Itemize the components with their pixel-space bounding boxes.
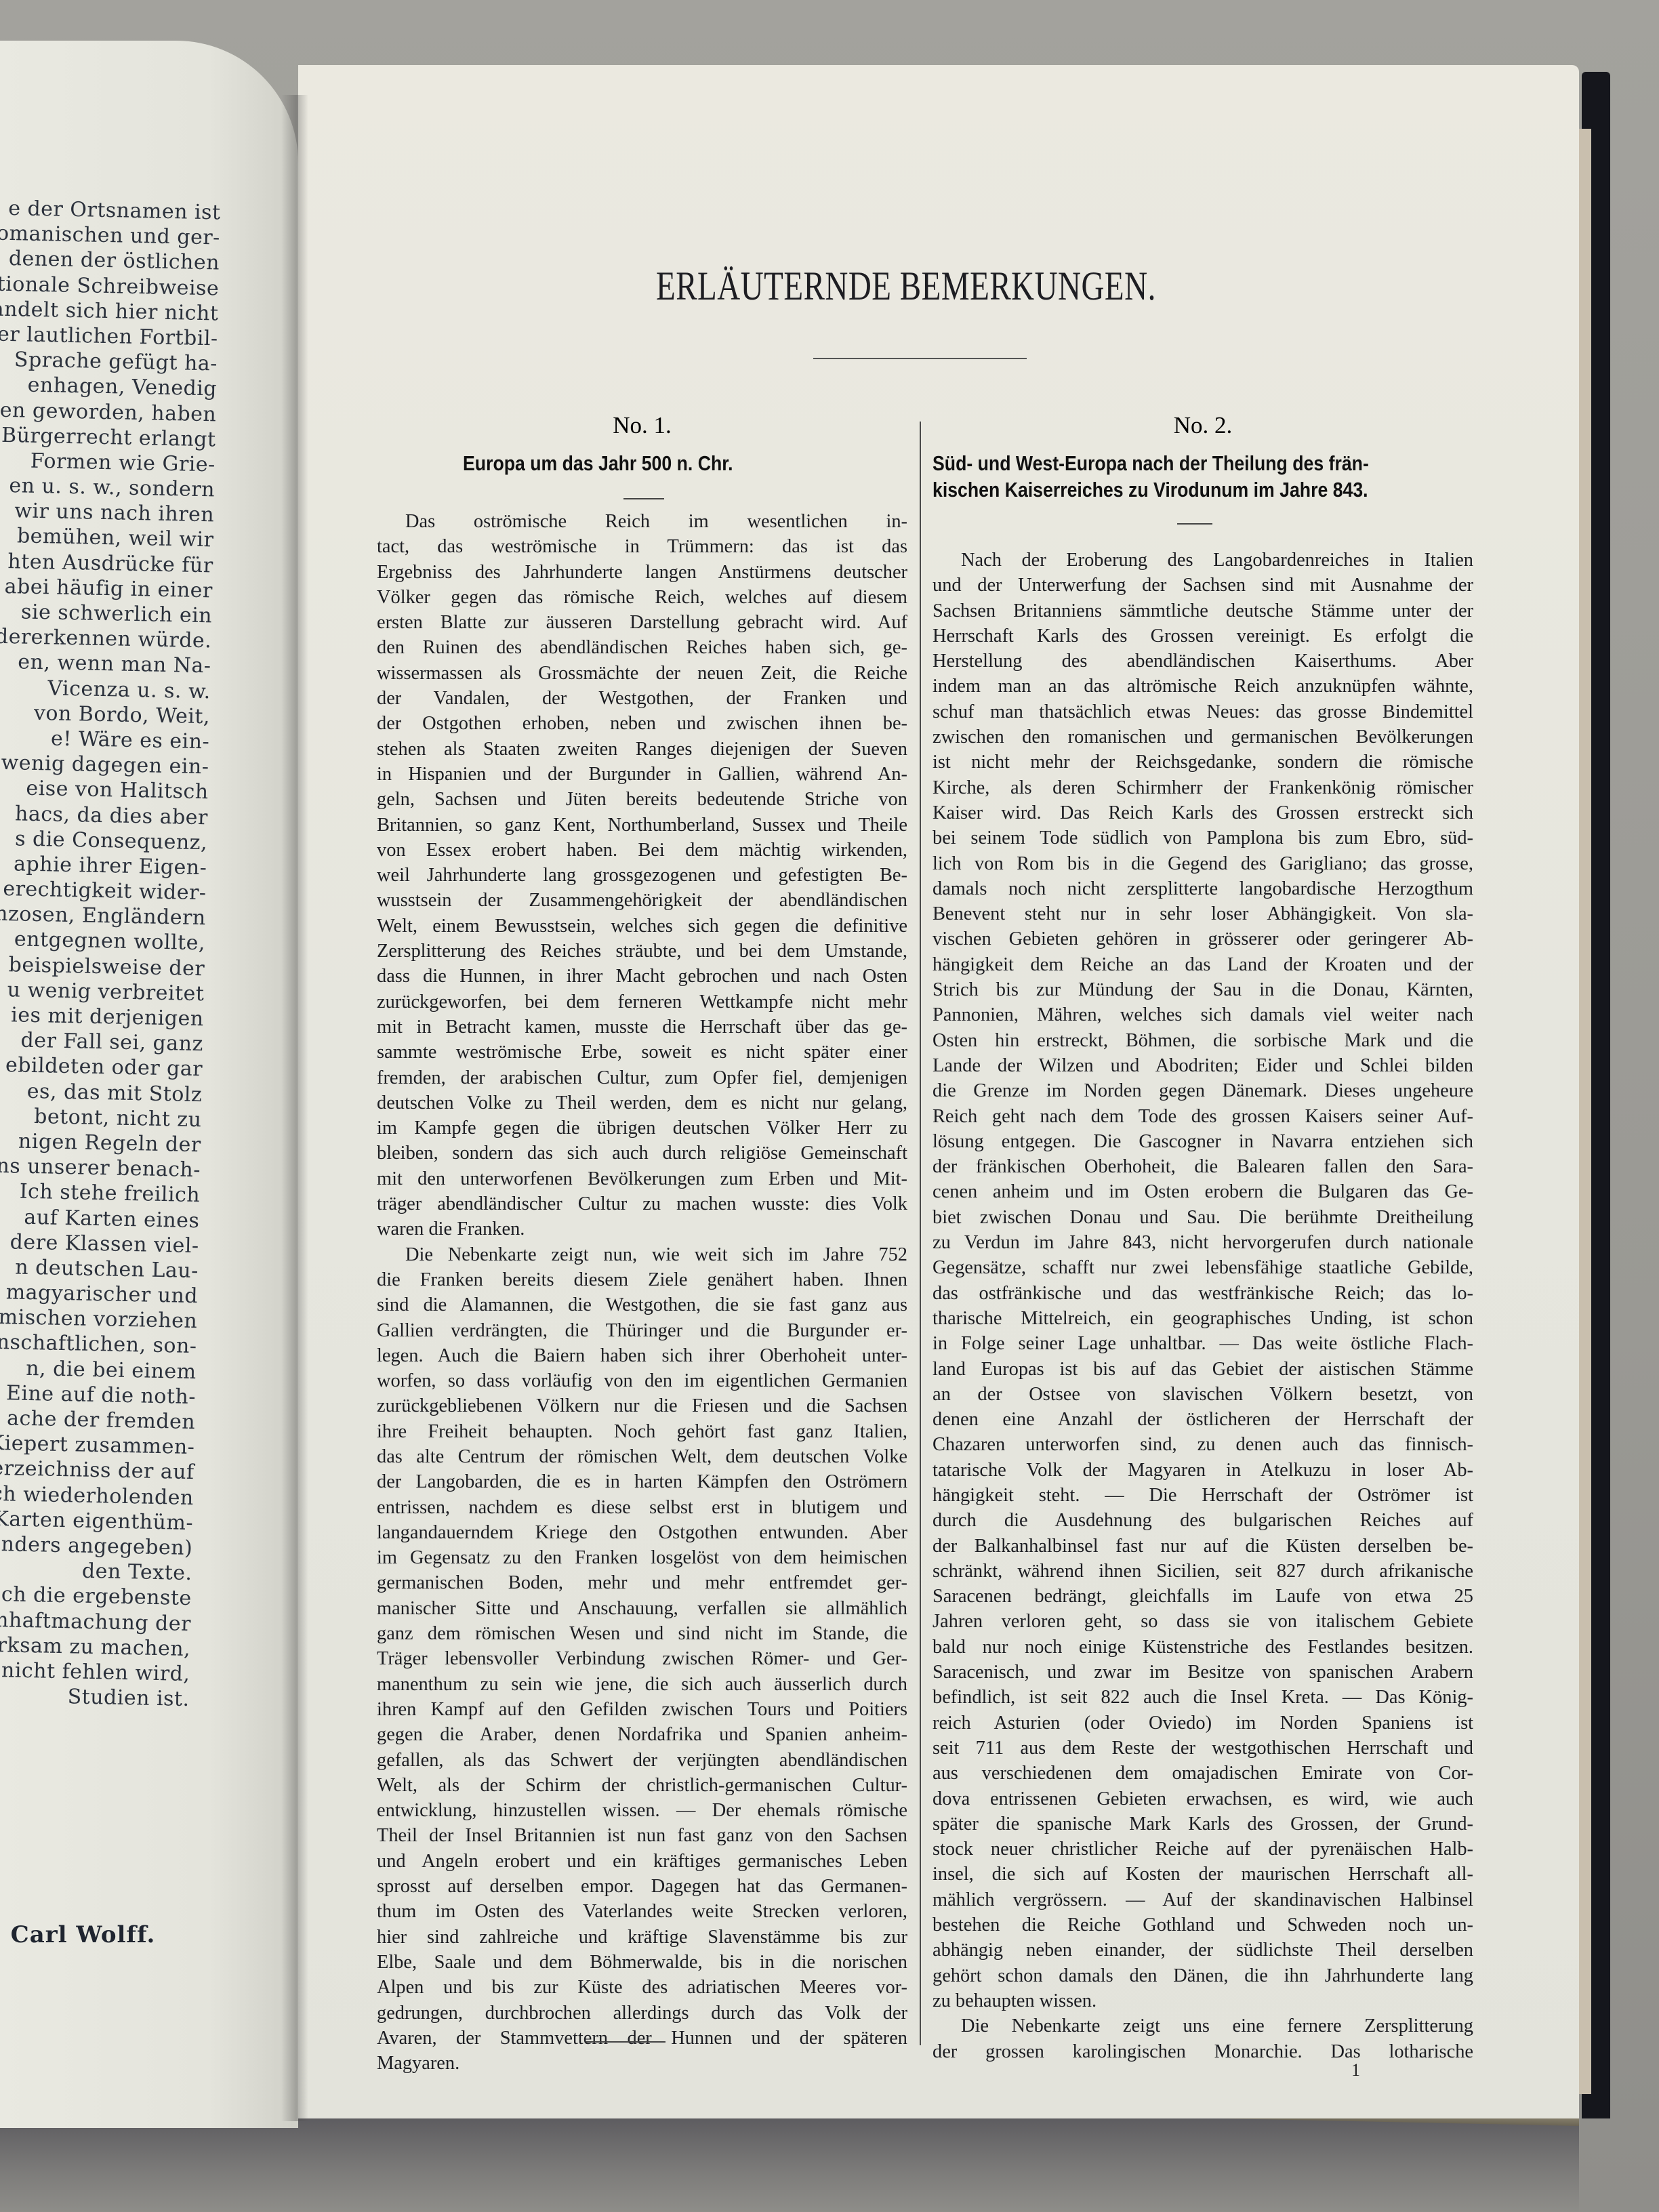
- text-line: Das oströmische Reich im wesentlichen in…: [377, 509, 907, 534]
- text-line: in Hispanien und der Burgunder in Gallie…: [377, 762, 907, 787]
- text-line: ihren Kampf auf den Gefilden zwischen To…: [377, 1697, 907, 1722]
- text-line: Saracenisch, und zwar im Besitze von spa…: [933, 1660, 1473, 1685]
- text-line: stock neuer christlicher Reiche auf der …: [933, 1837, 1473, 1862]
- text-line: hängigkeit steht. — Die Herrschaft der O…: [933, 1483, 1473, 1508]
- text-line: Jahren verloren geht, so dass sie von it…: [933, 1609, 1473, 1634]
- text-line: legen. Auch die Baiern haben sich ihrer …: [377, 1343, 907, 1368]
- text-line: hier sind zahlreiche und kräftige Slaven…: [377, 1925, 907, 1950]
- text-line: biet zwischen Donau und Sau. Die berühmt…: [933, 1205, 1473, 1230]
- text-line: die Grenze im Norden gegen Dänemark. Die…: [933, 1078, 1473, 1103]
- text-line: Theil der Insel Britannien ist nun fast …: [377, 1823, 907, 1848]
- text-line: Nach der Eroberung des Langobardenreiche…: [933, 548, 1473, 573]
- left-page-line: ache der fremden: [0, 1405, 196, 1435]
- left-page-line: ies mit derjenigen: [0, 1002, 204, 1032]
- text-line: Benevent steht nur in sehr loser Abhängi…: [933, 901, 1473, 926]
- section-1-end-rule: [586, 2041, 665, 2043]
- text-line: bei seinem Tode südlich von Pamplona bis…: [933, 825, 1473, 851]
- text-line: das ostfränkische und das westfränkische…: [933, 1281, 1473, 1306]
- text-line: mählich vergrössern. — Auf der skandinav…: [933, 1887, 1473, 1912]
- left-page-line: en u. s. w., sondern: [0, 472, 215, 503]
- text-line: der Ostgothen erhoben, neben und zwische…: [377, 711, 907, 736]
- left-page-line: von Bordo, Weit,: [0, 699, 210, 730]
- text-line: land Europas ist bis auf das Gebiet der …: [933, 1357, 1473, 1382]
- left-page-line: erksam zu machen,: [0, 1631, 191, 1662]
- left-page-line: der Fall sei, ganz: [0, 1027, 203, 1057]
- text-line: der fränkischen Oberhoheit, die Balearen…: [933, 1154, 1473, 1179]
- left-page-line: hten Ausdrücke für: [0, 548, 213, 579]
- left-page-line: Kiepert zusammen-: [0, 1430, 195, 1460]
- left-page-line: ns unserer benach-: [0, 1153, 201, 1183]
- text-line: wissermassen als Grossmächte der neuen Z…: [377, 661, 907, 686]
- text-line: befindlich, ist seit 822 auch die Insel …: [933, 1685, 1473, 1710]
- left-page-line: Sprache gefügt ha-: [0, 346, 218, 377]
- left-page-line: u wenig verbreitet: [0, 977, 205, 1007]
- left-page-line: ich wiederholenden: [0, 1480, 194, 1511]
- text-line: Gallien verdrängten, die Thüringer und d…: [377, 1318, 907, 1343]
- text-line: ersten Blatte zur äusseren Darstellung g…: [377, 610, 907, 635]
- left-page-line: dererkennen würde.: [0, 623, 212, 654]
- left-page-line: magyarischer und: [0, 1279, 198, 1309]
- left-page-line: Formen wie Grie-: [0, 447, 216, 478]
- text-line: Britannien, so ganz Kent, Northumberland…: [377, 813, 907, 838]
- text-line: Elbe, Saale und dem Böhmerwalde, bis in …: [377, 1950, 907, 1975]
- text-line: träger abendländischer Cultur zu machen …: [377, 1191, 907, 1216]
- text-line: gefallen, als das Schwert der verjüngten…: [377, 1748, 907, 1773]
- text-line: germanischen Boden, mehr und mehr entfre…: [377, 1570, 907, 1595]
- left-page-line: amhaftmachung der: [0, 1606, 191, 1637]
- left-page: e der Ortsnamen istomanischen und ger-de…: [0, 41, 298, 2128]
- left-page-line: n deutschen Lau-: [0, 1254, 199, 1284]
- left-page-line: hen geworden, haben: [0, 396, 217, 427]
- section-2-rule: [1177, 523, 1212, 525]
- text-line: gedrungen, durchbrochen allerdings durch…: [377, 2001, 907, 2026]
- text-line: damals noch nicht zersplitterte langobar…: [933, 876, 1473, 901]
- left-page-line: enhagen, Venedig: [0, 371, 217, 402]
- left-page-line: nschaftlichen, son-: [0, 1329, 197, 1359]
- page-number: 1: [1351, 2060, 1360, 2081]
- text-line: der Balkanhalbinsel fast nur auf die Küs…: [933, 1534, 1473, 1559]
- section-1-body: Das oströmische Reich im wesentlichen in…: [377, 509, 907, 2076]
- text-line: Gegensätze, schafft nur zwei lebensfähig…: [933, 1255, 1473, 1280]
- text-line: mit in Betracht kamen, musste die Herrsc…: [377, 1015, 907, 1040]
- text-line: mit den unterworfenen Bevölkerungen zum …: [377, 1166, 907, 1191]
- text-line: zu Verdun im Jahre 843, nicht hervorgeru…: [933, 1230, 1473, 1255]
- text-line: bald nur noch einige Küstenstriche des F…: [933, 1635, 1473, 1660]
- text-line: zu behaupten wissen.: [933, 1988, 1473, 2013]
- text-line: Strich bis zur Mündung der Sau in die Do…: [933, 977, 1473, 1002]
- left-page-line: andelt sich hier nicht: [0, 296, 219, 327]
- text-line: vischen Gebieten gehören in grösserer od…: [933, 926, 1473, 951]
- left-page-line: nicht fehlen wird,: [0, 1656, 190, 1687]
- section-2-heading-line-1: Süd- und West-Europa nach der Theilung d…: [933, 450, 1369, 476]
- text-line: waren die Franken.: [377, 1216, 907, 1242]
- text-line: entrissen, nachdem es diese selbst erst …: [377, 1495, 907, 1520]
- signature: . Carl Wolff.: [0, 1921, 155, 1948]
- left-page-line: erechtigkeit wider-: [0, 876, 207, 906]
- text-line: Träger lebensvoller Verbindung zwischen …: [377, 1646, 907, 1671]
- text-line: sammte weströmische Erbe, soweit es nich…: [377, 1040, 907, 1065]
- text-line: stehen als Staaten zweiten Ranges diejen…: [377, 737, 907, 762]
- text-line: ist nicht mehr der Reichsgedanke, sonder…: [933, 750, 1473, 775]
- text-line: manischer Sitte und Anschauung, verfalle…: [377, 1596, 907, 1621]
- text-line: wusstsein der Zusammengehörigkeit der ab…: [377, 888, 907, 913]
- text-line: Welt, einem Bewusstsein, welches sich ge…: [377, 914, 907, 939]
- section-1-rule: [623, 498, 664, 499]
- text-line: zwischen den romanischen und germanische…: [933, 724, 1473, 750]
- left-page-line: eise von Halitsch: [0, 775, 209, 805]
- page-title: ERLÄUTERNDE BEMERKUNGEN.: [656, 263, 1156, 310]
- book-gutter: [281, 95, 308, 2121]
- text-line: abhängig neben einander, der südlichste …: [933, 1938, 1473, 1963]
- text-line: bestehen die Reiche Gothland und Schwede…: [933, 1912, 1473, 1938]
- text-line: Die Nebenkarte zeigt nun, wie weit sich …: [377, 1242, 907, 1267]
- left-page-line: auf Karten eines: [0, 1203, 200, 1233]
- left-page-line: tionale Schreibweise: [0, 271, 220, 302]
- text-line: seit 711 aus dem Reste der westgothische…: [933, 1736, 1473, 1761]
- text-line: und der Unterwerfung der Sachsen sind mi…: [933, 573, 1473, 598]
- text-line: im Gegensatz zu den Franken losgelöst vo…: [377, 1545, 907, 1570]
- left-page-line: wir uns nach ihren: [0, 497, 215, 528]
- text-line: aus verschiedenen dem omajadischen Emira…: [933, 1761, 1473, 1786]
- text-line: das alte Centrum der römischen Welt, dem…: [377, 1444, 907, 1469]
- left-page-line: Eine auf die noth-: [0, 1379, 196, 1410]
- column-divider: [920, 422, 921, 2045]
- text-line: ihre Freiheit behaupten. Noch gehört fas…: [377, 1419, 907, 1444]
- text-line: zurückgebliebenen Völkern nur die Friese…: [377, 1393, 907, 1418]
- left-page-line: en, wenn man Na-: [0, 649, 211, 679]
- text-line: schuf man thatsächlich etwas Neues: das …: [933, 699, 1473, 724]
- text-line: bleiben, sondern das sich auch durch rel…: [377, 1141, 907, 1166]
- text-line: reich Asturien (oder Oviedo) im Norden S…: [933, 1711, 1473, 1736]
- text-line: Ergebniss des Jahrhunderte langen Anstür…: [377, 560, 907, 585]
- book-shadow: [0, 2114, 1579, 2212]
- left-page-line: erzeichniss der auf: [0, 1455, 194, 1486]
- text-line: gegen die Araber, denen Nordafrika und S…: [377, 1722, 907, 1747]
- left-page-line: sie schwerlich ein: [0, 598, 212, 629]
- left-page-line: betont, nicht zu: [0, 1102, 202, 1132]
- left-page-line: nigen Regeln der: [0, 1128, 201, 1158]
- text-line: Lande der Wilzen und Abodriten; Eider un…: [933, 1053, 1473, 1078]
- text-line: thum im Osten des Vaterlandes weite Stre…: [377, 1899, 907, 1924]
- text-line: ganz dem römischen Wesen und sind nicht …: [377, 1621, 907, 1646]
- left-page-line: sonders angegeben): [0, 1531, 193, 1561]
- text-line: in Folge seiner Lage unhaltbar. — Das we…: [933, 1331, 1473, 1356]
- text-line: Saracenen bedrängt, gleichfalls im Laufe…: [933, 1584, 1473, 1609]
- page-stack-edge: [1578, 129, 1591, 2094]
- text-line: später die spanische Mark Karls des Gros…: [933, 1811, 1473, 1837]
- left-page-line: bemühen, weil wir: [0, 523, 214, 553]
- left-page-line: e! Wäre es ein-: [0, 724, 210, 755]
- text-line: Kirche, als deren Schirmherr der Franken…: [933, 775, 1473, 800]
- left-page-line: aphie ihrer Eigen-: [0, 851, 207, 881]
- title-rule: [813, 358, 1027, 359]
- text-line: Kaiser wird. Das Reich Karls des Grossen…: [933, 800, 1473, 825]
- text-line: Welt, als der Schirm der christlich-germ…: [377, 1773, 907, 1798]
- text-line: lösung entgegen. Die Gascogner in Navarr…: [933, 1129, 1473, 1154]
- left-page-line: entgegnen wollte,: [0, 926, 205, 956]
- section-1-heading: Europa um das Jahr 500 n. Chr.: [463, 450, 733, 476]
- left-page-line: abei häufig in einer: [0, 573, 213, 604]
- text-line: Alpen und bis zur Küste des adriatischen…: [377, 1975, 907, 2000]
- text-line: entwicklung, hinzustellen wissen. — Der …: [377, 1798, 907, 1823]
- text-line: Reich geht nach dem Tode des grossen Kai…: [933, 1104, 1473, 1129]
- text-line: fremden, der arabischen Cultur, zum Opfe…: [377, 1065, 907, 1090]
- text-line: und Angeln erobert und ein kräftiges ger…: [377, 1849, 907, 1874]
- section-2-heading-line-2: kischen Kaiserreiches zu Virodunum im Ja…: [933, 476, 1368, 503]
- left-page-text: e der Ortsnamen istomanischen und ger-de…: [0, 195, 221, 1712]
- text-line: cenen anheim und im Osten erobern die Bu…: [933, 1179, 1473, 1204]
- left-page-line: den Texte.: [0, 1556, 192, 1586]
- text-line: indem man an das altrömische Reich anzuk…: [933, 674, 1473, 699]
- left-page-line: es, das mit Stolz: [0, 1077, 203, 1107]
- section-2-number: No. 2.: [933, 412, 1473, 439]
- text-line: tatarische Volk der Magyaren in Atelkuzu…: [933, 1458, 1473, 1483]
- left-page-line: n, die bei einem: [0, 1354, 197, 1385]
- left-page-line: ebildeten oder gar: [0, 1052, 203, 1082]
- left-page-line: nzosen, Engländern: [0, 901, 206, 931]
- left-page-line: beispielsweise der: [0, 951, 205, 981]
- left-page-line: Karten eigenthüm-: [0, 1505, 193, 1536]
- text-line: Avaren, der Stammvettern der Hunnen und …: [377, 2026, 907, 2051]
- left-page-line: denen der östlichen: [0, 245, 220, 276]
- text-line: dova entrissenen Gebieten erwachsen, es …: [933, 1786, 1473, 1811]
- left-page-line: wenig dagegen ein-: [0, 750, 209, 780]
- text-line: hängigkeit dem Reiche an das Land der Kr…: [933, 952, 1473, 977]
- text-line: Magyaren.: [377, 2051, 907, 2076]
- left-page-line: Vicenza u. s. w.: [0, 674, 211, 704]
- text-line: langandauerndem Kriege den Ostgothen ent…: [377, 1520, 907, 1545]
- text-line: Zersplitterung des Reiches sträubte, und…: [377, 939, 907, 964]
- text-line: der Langobarden, die es in harten Kämpfe…: [377, 1469, 907, 1494]
- text-line: deutschen Volke zu Theil werden, dem es …: [377, 1090, 907, 1115]
- text-line: denen eine Anzahl der östlicheren der He…: [933, 1407, 1473, 1432]
- text-line: der Vandalen, der Westgothen, der Franke…: [377, 686, 907, 711]
- section-2-body: Nach der Eroberung des Langobardenreiche…: [933, 548, 1473, 2064]
- text-line: sind die Alamannen, die Westgothen, die …: [377, 1292, 907, 1317]
- left-page-line: Bürgerrecht erlangt: [0, 422, 216, 453]
- text-line: Sachsen Britanniens sämmtliche deutsche …: [933, 598, 1473, 623]
- left-page-line: s die Consequenz,: [0, 825, 207, 855]
- text-line: tact, das weströmische in Trümmern: das …: [377, 534, 907, 559]
- text-line: tharische Mittelreich, ein geographische…: [933, 1306, 1473, 1331]
- text-line: gehört schon damals den Dänen, die ihn J…: [933, 1963, 1473, 1988]
- text-line: lich von Rom bis in die Gegend des Garig…: [933, 851, 1473, 876]
- text-line: geln, Sachsen und Jüten bereits bedeuten…: [377, 787, 907, 812]
- text-line: den Ruinen des abendländischen Reiches h…: [377, 635, 907, 660]
- text-line: Pannonien, Mähren, welches sich damals v…: [933, 1002, 1473, 1027]
- text-line: insel, die sich auf Kosten der maurische…: [933, 1862, 1473, 1887]
- text-line: Die Nebenkarte zeigt uns eine fernere Ze…: [933, 2013, 1473, 2039]
- text-line: zurückgeworfen, bei dem ferneren Wettkam…: [377, 989, 907, 1015]
- left-page-line: Ich stehe freilich: [0, 1178, 201, 1208]
- text-line: manenthum zu sein wie jene, die sich auc…: [377, 1672, 907, 1697]
- text-line: weil Jahrhunderte lang grossgezogenen un…: [377, 863, 907, 888]
- text-line: worfen, so dass vorläufig von den im eig…: [377, 1368, 907, 1393]
- left-page-line: dere Klassen viel-: [0, 1228, 199, 1258]
- text-line: die Franken bereits diesem Ziele genäher…: [377, 1267, 907, 1292]
- text-line: von Essex erobert haben. Bei dem mächtig…: [377, 838, 907, 863]
- text-line: Herstellung des abendländischen Kaiserth…: [933, 649, 1473, 674]
- text-line: Herrschaft Karls des Grossen vereinigt. …: [933, 623, 1473, 649]
- text-line: der grossen karolingischen Monarchie. Da…: [933, 2039, 1473, 2064]
- text-line: durch die Ausdehnung des bulgarischen Re…: [933, 1508, 1473, 1533]
- text-line: sprosst auf derselben empor. Dagegen hat…: [377, 1874, 907, 1899]
- text-line: schränkt, während ihnen Sicilien, seit 8…: [933, 1559, 1473, 1584]
- text-line: Völker gegen das römische Reich, welches…: [377, 585, 907, 610]
- left-page-line: noch die ergebenste: [0, 1581, 192, 1612]
- section-1-number: No. 1.: [377, 412, 907, 439]
- text-line: an der Ostsee von slavischen Völkern bes…: [933, 1382, 1473, 1407]
- left-page-line: hacs, da dies aber: [0, 800, 208, 830]
- text-line: Osten hin erstreckt, Böhmen, die sorbisc…: [933, 1028, 1473, 1053]
- text-line: Chazaren unterworfen sind, zu denen auch…: [933, 1432, 1473, 1457]
- left-page-line: Studien ist.: [0, 1682, 190, 1713]
- text-line: dass die Hunnen, in ihrer Macht gebroche…: [377, 964, 907, 989]
- text-line: im Kampfe gegen die übrigen deutschen Vö…: [377, 1115, 907, 1141]
- left-page-line: mischen vorziehen: [0, 1304, 198, 1334]
